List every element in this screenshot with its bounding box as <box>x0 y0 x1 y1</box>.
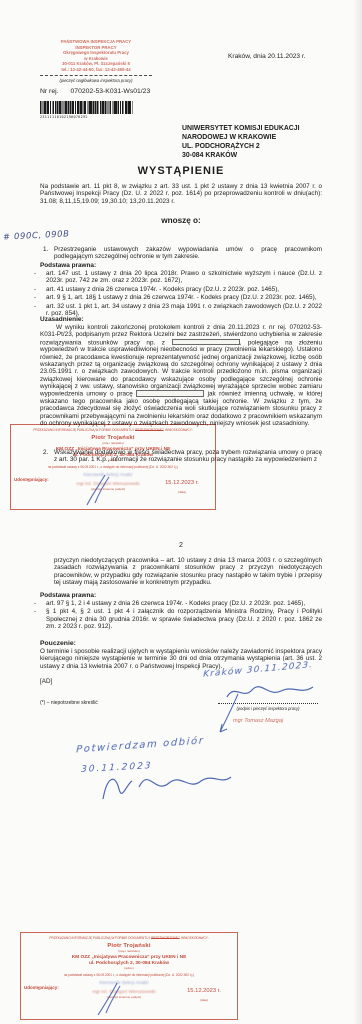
legal-basis-heading: Podstawa prawna: <box>40 592 96 599</box>
address-caption: (adres) <box>11 458 215 462</box>
disclosure-recipient-org: KM OZZ „Inicjatywa Pracownicza” przy UKE… <box>11 447 215 452</box>
handwritten-receipt-note: Potwierdzam odbiór <box>76 735 205 755</box>
disclosure-recipient-name: Piotr Trojański <box>21 943 237 949</box>
legal-item-text: art. 9 § 1, art. 18§ 1 ustawy z dnia 26 … <box>46 294 322 301</box>
disclosure-recipient-name: Piotr Trojański <box>11 435 215 441</box>
legal-item: § 1 pkt 4, § 2 ust. 1 pkt 4 i załącznik … <box>33 608 322 630</box>
provider-blue-stamp: Kierownik Sekcji Analiz <box>74 981 174 986</box>
item-text: Przestrzeganie ustawowych zakazów wypowi… <box>54 246 322 261</box>
advisory-heading: Pouczenie: <box>40 640 76 647</box>
recipient-line: UNIWERSYTET KOMISJI EDUKACJI <box>182 124 300 133</box>
provider-caption: (pieczęć imienna, podpis) <box>64 487 152 491</box>
disclosure-legal-basis: na podstawie ustawy z 06.09.2001 r., o d… <box>21 973 237 977</box>
legal-basis-list-1: art. 147 ust. 1 ustawy z dnia 20 lipca 2… <box>33 270 322 319</box>
provider-label: Udostępniający: <box>14 473 64 482</box>
receipt-signature <box>95 763 235 809</box>
disclosure-bottom-row: Udostępniający: Kierownik Sekcji Analiz … <box>11 473 215 495</box>
disclosure-stamp-header: PRZEKAZANO INFORMACJĘ PUBLICZNĄ W FORMIE… <box>11 428 215 432</box>
pen-arrow-stroke <box>214 692 244 738</box>
address-caption: (adres) <box>21 966 237 970</box>
handwritten-margin-note: # 090C, 090B <box>3 229 70 242</box>
legal-item: art. 97 § 1, 2 i 4 ustawy z dnia 26 czer… <box>33 600 322 607</box>
legal-item-text: § 1 pkt 4, § 2 ust. 1 pkt 4 i załącznik … <box>46 608 322 630</box>
justification-heading: Uzasadnienie: <box>40 316 84 323</box>
redaction-box <box>172 339 240 346</box>
date-caption: (data) <box>152 490 212 494</box>
legal-basis-heading: Podstawa prawna: <box>40 262 96 269</box>
dashed-separator <box>40 75 152 76</box>
disclosure-stamp-header: PRZEKAZANO INFORMACJĘ PUBLICZNĄ W FORMIE… <box>21 936 237 940</box>
demand-item-2-continued: przyczyn niedotyczących pracownika – art… <box>54 557 322 587</box>
recipient-address-block: UNIWERSYTET KOMISJI EDUKACJI NARODOWEJ W… <box>182 124 300 160</box>
provider-label: Udostępniający: <box>24 981 74 990</box>
header-stamp-caption: (pieczęć nagłówkowa inspektora pracy) <box>40 78 152 83</box>
name-caption: (imię i nazwisko) <box>11 441 215 445</box>
barcode <box>40 101 133 114</box>
initials-note: [AD] <box>40 678 52 685</box>
header-text: , WNIOSKODAWCY: <box>179 936 208 940</box>
provider-name-stamp: mgr inż. Grzegorz Wieruszewski <box>64 481 152 486</box>
barcode-number: 23111118102196076292 <box>40 115 88 119</box>
legal-item-text: art. 41 ustawy z dnia 26 czerwca 1974r. … <box>46 286 322 293</box>
legal-item-text: art. 147 ust. 1 ustawy z dnia 20 lipca 2… <box>46 270 322 285</box>
disclosure-stamp: PRZEKAZANO INFORMACJĘ PUBLICZNĄ W FORMIE… <box>20 932 238 1020</box>
disclosure-bottom-row: Udostępniający: Kierownik Sekcji Analiz … <box>21 981 237 1003</box>
date-column: 15.12.2023 r. (data) <box>174 981 234 1003</box>
header-struck-word: PRZETWORZONEJ <box>135 428 163 432</box>
legal-basis-list-2: art. 97 § 1, 2 i 4 ustawy z dnia 26 czer… <box>33 600 322 632</box>
date-column: 15.12.2023 r. (data) <box>152 473 212 495</box>
provider-signature-area: Kierownik Sekcji Analiz mgr inż. Grzegor… <box>64 473 152 491</box>
disclosure-stamp: PRZEKAZANO INFORMACJĘ PUBLICZNĄ W FORMIE… <box>10 424 216 510</box>
provider-blue-stamp: Kierownik Sekcji Analiz <box>64 473 152 478</box>
disclosure-recipient-address: ul. Podchorążych 2, 30-084 Kraków <box>11 453 215 458</box>
demand-item-1: 1. Przestrzeganie ustawowych zakazów wyp… <box>40 246 322 261</box>
inspector-header-stamp-text: PAŃSTWOWA INSPEKCJA PRACY INSPEKTOR PRAC… <box>40 39 152 72</box>
legal-item-text: art. 32 ust. 1 pkt 1, art. 34 ustawy z d… <box>46 303 322 318</box>
page-number: 2 <box>0 542 362 549</box>
header-text: , WNIOSKODAWCY: <box>163 428 192 432</box>
registry-number-row: Nr rej. 070202-53-K031-Ws01/23 <box>40 88 150 95</box>
provider-caption: (pieczęć imienna, podpis) <box>74 995 174 999</box>
registry-number-label: Nr rej. <box>40 88 59 95</box>
item-number: 1. <box>40 246 54 261</box>
header-struck-word: PRZETWORZONEJ <box>151 936 179 940</box>
legal-item: art. 147 ust. 1 ustawy z dnia 20 lipca 2… <box>33 270 322 285</box>
registry-number-value: 070202-53-K031-Ws01/23 <box>71 88 151 95</box>
justification-paragraph: W wyniku kontroli zakończonej protokołem… <box>40 324 322 427</box>
document-title: WYSTĄPIENIE <box>0 165 362 177</box>
header-text: PRZEKAZANO INFORMACJĘ PUBLICZNĄ W FORMIE… <box>33 428 134 432</box>
header-text: PRZEKAZANO INFORMACJĘ PUBLICZNĄ W FORMIE… <box>49 936 150 940</box>
intro-paragraph: Na podstawie art. 11 pkt 8, w związku z … <box>40 183 322 205</box>
legal-item-text: art. 97 § 1, 2 i 4 ustawy z dnia 26 czer… <box>46 600 322 607</box>
inspector-header-stamp: PAŃSTWOWA INSPEKCJA PRACY INSPEKTOR PRAC… <box>40 39 152 83</box>
recipient-line: UL. PODCHORĄŻYCH 2 <box>182 142 300 151</box>
redaction-box <box>136 390 204 397</box>
recipient-line: 30-084 KRAKÓW <box>182 151 300 160</box>
disclosure-recipient-org: KM OZZ „Inicjatywa Pracownicza” przy UKE… <box>21 955 237 960</box>
provider-signature-area: Kierownik Sekcji Analiz mgr inż. Grzegor… <box>74 981 174 999</box>
disclosure-date: 15.12.2023 r. <box>174 988 234 994</box>
stamp-line: tel.: 12-42-44-50, fax: 12-42-450-44 <box>40 67 152 73</box>
legal-item: art. 9 § 1, art. 18§ 1 ustawy z dnia 26 … <box>33 294 322 301</box>
date-caption: (data) <box>174 998 234 1002</box>
scanned-document: PAŃSTWOWA INSPEKCJA PRACY INSPEKTOR PRAC… <box>0 0 362 1024</box>
legal-item: art. 41 ustawy z dnia 26 czerwca 1974r. … <box>33 286 322 293</box>
name-caption: (imię i nazwisko) <box>21 949 237 953</box>
disclosure-date: 15.12.2023 r. <box>152 480 212 486</box>
provider-name-stamp: mgr inż. Grzegorz Wieruszewski <box>74 989 174 994</box>
city-date-line: Kraków, dnia 20.11.2023 r. <box>228 53 306 60</box>
footnote: (*) – niepotrzebne skreślić <box>40 700 98 706</box>
recipient-line: NARODOWEJ W KRAKOWIE <box>182 133 300 142</box>
justification-text: , polegające na złożeniu wypowiedzeń w t… <box>40 339 322 398</box>
disclosure-recipient-address: ul. Podchorążych 2, 30-084 Kraków <box>21 961 237 966</box>
motion-heading: wnoszę o: <box>0 216 362 225</box>
disclosure-legal-basis: na podstawie ustawy z 06.09.2001 r., o d… <box>11 465 215 469</box>
